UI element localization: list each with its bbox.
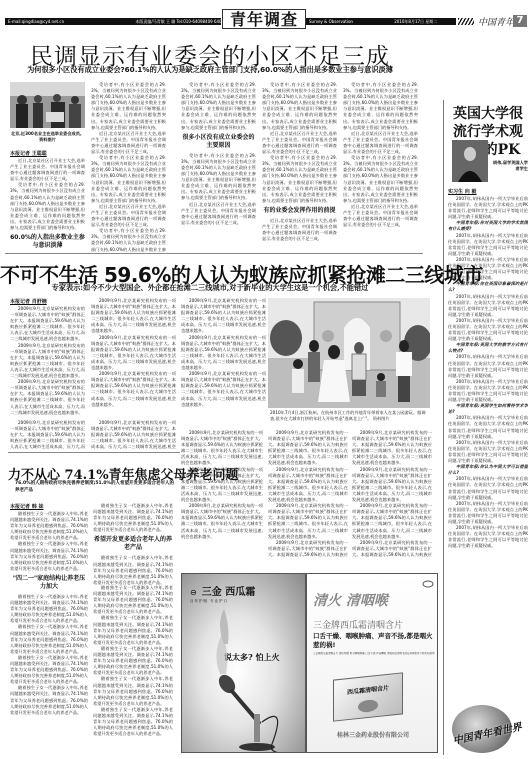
story3-body-text: 随着独生子女一代逐渐步入中年,养老问题越来越受到关注。调查显示,74.1%的青年… [93, 585, 173, 615]
story1-body-text: 近日,北京某社区召开业主大会,选举产生了业主委员会。中国青年报社会调查中心通过题… [343, 204, 418, 228]
sidebar-divider [443, 100, 444, 755]
sidebar-body-text: 2007年,胡伟从国内一所大学毕业后前往英国留学。在英国大学,学术观点上的PK非… [448, 476, 528, 500]
story1-body-text: 受访者中,有小区业委会的占29.3%。当被问到为何很多小区没有成立业委会时,60… [262, 155, 337, 204]
product-box-label: 西瓜霜清咽含片 [334, 681, 402, 697]
microphone-icon [202, 604, 292, 753]
story1-photo-caption: 北京,近300名业主在选举业委会成员。 资料图片 [10, 131, 85, 143]
story2-photo [268, 298, 430, 408]
story2-photo-caption: 2010年7月4日,浙江杭州。在杭州市区工作的外地青年带着家人在某公园游玩。据调… [270, 410, 430, 422]
story2-column-7: 2009年9月,北京某研究机构发布的一项调查显示,大城市中的"蚁族"群体正在扩大… [91, 420, 176, 450]
story1-subhead-1: 60.0%的人指出多数业主参与意识淡薄 [10, 234, 85, 250]
brand-logo-icon: ⊖ [190, 588, 197, 597]
sidebar-column: 实习生 向 毅 2007年,胡伟从国内一所大学毕业后前往英国留学。在英国大学,学… [448, 188, 528, 663]
story1-column-3: 受访者中,有小区业委会的占29.3%。当被问到为何很多小区没有成立业委会时,60… [181, 82, 256, 252]
story1-column-4: 受访者中,有小区业委会的占29.3%。当被问到为何很多小区没有成立业委会时,60… [262, 82, 337, 252]
section-title-en: Survey & Observation [309, 19, 353, 24]
story1-body-text: 受访者中,有小区业委会的占29.3%。当被问到为何很多小区没有成立业委会时,60… [343, 82, 418, 131]
product-box-emblem-icon [358, 699, 378, 713]
story2-body-text: 2009年9月,北京某研究机构发布的一项调查显示,大城市中的"蚁族"群体正在扩大… [91, 335, 176, 372]
story3-body-text: 随着独生子女一代逐渐步入中年,养老问题越来越受到关注。调查显示,74.1%的青年… [93, 707, 173, 737]
ad-xiguashuang[interactable]: ⊖ 三金 西瓜霜 百年护咽 专业护口 说太多? 怕上火 [181, 573, 306, 753]
story3-body-text: 随着独生子女一代逐渐步入中年,养老问题越来越受到关注。调查显示,74.1%的青年… [93, 615, 173, 645]
story1-body-text: 受访者中,有小区业委会的占29.3%。当被问到为何很多小区没有成立业委会时,60… [343, 155, 418, 204]
story2-body-text: 2009年9月,北京某研究机构发布的一项调查显示,大城市中的"蚁族"群体正在扩大… [268, 540, 348, 558]
masthead-left-bar: E-mail:qingdiao@cyd.net.cn 本版责编/马青敏 王 璐 … [5, 18, 221, 25]
story3-body-text: 随着独生子女一代逐渐步入中年,养老问题越来越受到关注。调查显示,74.1%的青年… [93, 503, 173, 533]
ad-brand-block: ⊖ 三金 西瓜霜 百年护咽 专业护口 [190, 580, 255, 604]
family-arch-photo-icon [268, 298, 430, 408]
sidebar-question: 中国青年报:你对英国大学的学术氛围有什么感受? [448, 220, 528, 232]
product-box: 西瓜霜清咽含片 [333, 672, 403, 721]
story3-body-text: 随着独生子女一代逐渐步入中年,养老问题越来越受到关注。调查显示,74.1%的青年… [10, 685, 88, 715]
email-text: E-mail:qingdiao@cyd.net.cn [8, 19, 64, 24]
sidebar-question: 中国青年报:英国学生如何看待学术争论? [448, 403, 528, 415]
story3-column-3: 随着独生子女一代逐渐步入中年,养老问题越来越受到关注。调查显示,74.1%的青年… [93, 585, 173, 755]
ad-qingyan-title: 清火 清咽喉 [313, 590, 388, 610]
sidebar-question: 中国青年报:英国大学的教学方式有什么特点? [448, 342, 528, 354]
story3-divider [8, 452, 180, 453]
ad-corner-logo-icon [422, 580, 434, 588]
story1-body-text: 受访者中,有小区业委会的占29.3%。当被问到为何很多小区没有成立业委会时,60… [91, 228, 166, 252]
ad-product-line: 三金牌西瓜霜清咽含片 [313, 618, 403, 631]
story2-body-text: 2009年9月,北京某研究机构发布的一项调查显示,大城市中的"蚁族"群体正在扩大… [91, 371, 176, 408]
sidebar-body-text: 2007年,胡伟从国内一所大学毕业后前往英国留学。在英国大学,学术观点上的PK非… [448, 379, 528, 403]
story2-body-text: 2009年9月,北京某研究机构发布的一项调查显示,大城市中的"蚁族"群体正在扩大… [352, 430, 432, 467]
story2-body-text: 2009年9月,北京某研究机构发布的一项调查显示,大城市中的"蚁族"群体正在扩大… [268, 467, 348, 504]
story3-body-text: 随着独生子女一代逐渐步入中年,养老问题越来越受到关注。调查显示,74.1%的青年… [10, 624, 88, 654]
story2-body-text: 2009年9月,北京某研究机构发布的一项调查显示,大城市中的"蚁族"群体正在扩大… [181, 298, 266, 335]
story2-column-8: 2009年9月,北京某研究机构发布的一项调查显示,大城市中的"蚁族"群体正在扩大… [10, 420, 85, 450]
story2-column-2: 2009年9月,北京某研究机构发布的一项调查显示,大城市中的"蚁族"群体正在扩大… [91, 298, 176, 416]
story3-body-text: 随着独生子女一代逐渐步入中年,养老问题越来越受到关注。调查显示,74.1%的青年… [10, 541, 88, 571]
story2-column-6: 2009年9月,北京某研究机构发布的一项调查显示,大城市中的"蚁族"群体正在扩大… [181, 430, 263, 558]
story2-body-text: 2009年9月,北京某研究机构发布的一项调查显示,大城市中的"蚁族"群体正在扩大… [181, 371, 266, 408]
sidebar-body-text: 2007年,胡伟从国内一所大学毕业后前往英国留学。在英国大学,学术观点上的PK非… [448, 440, 528, 464]
masthead: E-mail:qingdiao@cyd.net.cn 本版责编/马青敏 王 璐 … [0, 15, 530, 26]
story1-intro: 近日,北京某社区召开业主大会,选举产生了业主委员会。中国青年报社会调查中心通过题… [10, 158, 85, 182]
story2-body-text: 2009年9月,北京某研究机构发布的一项调查显示,大城市中的"蚁族"群体正在扩大… [181, 335, 266, 372]
sidebar-byline: 实习生 向 毅 [448, 188, 528, 196]
story2-column-1: 本报记者 肖舒楠 2009年9月,北京某研究机构发布的一项调查显示,大城市中的"… [10, 298, 85, 416]
story1-photo [10, 82, 85, 128]
story1-body-text: 受访者中,有小区业委会的占29.3%。当被问到为何很多小区没有成立业委会时,60… [91, 82, 166, 131]
sidebar-body-text: 2007年,胡伟从国内一所大学毕业后前往英国留学。在英国大学,学术观点上的PK非… [448, 501, 528, 525]
story3-body-text: 随着独生子女一代逐渐步入中年,养老问题越来越受到关注。调查显示,74.1%的青年… [10, 594, 88, 624]
sidebar-body-text: 2007年,胡伟从国内一所大学毕业后前往英国留学。在英国大学,学术观点上的PK非… [448, 525, 528, 549]
story1-body-text: 受访者中,有小区业委会的占29.3%。当被问到为何很多小区没有成立业委会时,60… [10, 182, 85, 231]
story2-body-text: 2009年9月,北京某研究机构发布的一项调查显示,大城市中的"蚁族"群体正在扩大… [10, 343, 85, 380]
story1-column-5: 受访者中,有小区业委会的占29.3%。当被问到为何很多小区没有成立业委会时,60… [343, 82, 418, 252]
page-number: 7 [513, 15, 527, 27]
story1-body-text: 近日,北京某社区召开业主大会,选举产生了业主委员会。中国青年报社会调查中心通过题… [343, 131, 418, 155]
story2-subheadline: 专家表示:如今不少大型国企、外企都在抢滩二三线城市,对于新毕业的大学生这是一个机… [0, 283, 420, 293]
story2-body-text: 2009年9月,北京某研究机构发布的一项调查显示,大城市中的"蚁族"群体正在扩大… [10, 420, 85, 450]
story1-body-text: 近日,北京某社区召开业主大会,选举产生了业主委员会。中国青年报社会调查中心通过题… [91, 204, 166, 228]
story3-column-1: 本报记者 韩 妹 随着独生子女一代逐渐步入中年,养老问题越来越受到关注。调查显示… [10, 503, 88, 755]
story3-body-text: 随着独生子女一代逐渐步入中年,养老问题越来越受到关注。调查显示,74.1%的青年… [93, 646, 173, 676]
story3-subhead-2: 希望开发更多适合老年人的养老产品 [93, 536, 173, 552]
story3-subheadline: 76.0%的人期待政府尽快完善养老制度;51.0%的人希望开发更多适合老年人的养… [15, 481, 175, 494]
story2-body-text: 2009年9月,北京某研究机构发布的一项调查显示,大城市中的"蚁族"群体正在扩大… [352, 503, 432, 540]
section-divider [5, 253, 423, 254]
story1-subhead-2: 很多小区没有成立业委会的主要原因 [181, 134, 256, 150]
ad-fine-print: 三金牌西瓜霜清咽含片 清热利咽 用于咽喉肿痛 口舌干燥 声音嘶哑 请按药品说明书… [313, 652, 435, 656]
masthead-right-bar: Survey & Observation 2010年8月17日 星期二 [306, 18, 456, 25]
story1-body-text: 近日,北京某社区召开业主大会,选举产生了业主委员会。中国青年报社会调查中心通过题… [181, 202, 256, 226]
story1-body-text: 受访者中,有小区业委会的占29.3%。当被问到为何很多小区没有成立业委会时,60… [181, 153, 256, 202]
story3-subhead-1: "四二一"家庭结构让养老压力加大 [10, 575, 88, 591]
story3-column-2: 随着独生子女一代逐渐步入中年,养老问题越来越受到关注。调查显示,74.1%的青年… [93, 503, 173, 585]
sidebar-body-text: 2007年,胡伟从国内一所大学毕业后前往英国留学。在英国大学,学术观点上的PK非… [448, 415, 528, 439]
story2-body-text: 2009年9月,北京某研究机构发布的一项调查显示,大城市中的"蚁族"群体正在扩大… [181, 430, 263, 467]
ad-bullet: 口舌干燥、咽喉肿痛、声音不扬,都是咽火惹的祸! [313, 632, 437, 650]
sidebar-body-text: 2007年,胡伟从国内一所大学毕业后前往英国留学。在英国大学,学术观点上的PK非… [448, 294, 528, 318]
story2-body-text: 2009年9月,北京某研究机构发布的一项调查显示,大城市中的"蚁族"群体正在扩大… [10, 306, 85, 343]
ad-brand: 三金 西瓜霜 [202, 587, 255, 598]
issue-date: 2010年8月17日 星期二 [394, 19, 437, 24]
story2-body-text: 2009年9月,北京某研究机构发布的一项调查显示,大城市中的"蚁族"群体正在扩大… [91, 420, 176, 450]
story1-body-text: 受访者中,有小区业委会的占29.3%。当被问到为何很多小区没有成立业委会时,60… [91, 155, 166, 204]
story1-byline: 本报记者 王聪聪 [10, 150, 85, 158]
story3-byline: 本报记者 韩 妹 [10, 503, 88, 511]
story1-body-text: 近日,北京某社区召开业主大会,选举产生了业主委员会。中国青年报社会调查中心通过题… [262, 218, 337, 242]
sidebar-body-text: 2007年,胡伟从国内一所大学毕业后前往英国留学。在英国大学,学术观点上的PK非… [448, 196, 528, 220]
story2-body-text: 2009年9月,北京某研究机构发布的一项调查显示,大城市中的"蚁族"群体正在扩大… [268, 503, 348, 540]
story1-body-text: 受访者中,有小区业委会的占29.3%。当被问到为何很多小区没有成立业委会时,60… [181, 82, 256, 131]
ad-company: 桂林三金药业股份有限公司 [307, 730, 438, 739]
story1-subheadline: 为何很多小区没有成立业委会?60.1%的人认为是缺乏政府主管部门支持,60.0%… [0, 65, 420, 75]
hatch-decoration [458, 18, 474, 25]
story2-body-text: 2009年9月,北京某研究机构发布的一项调查显示,大城市中的"蚁族"群体正在扩大… [352, 540, 432, 558]
story2-body-text: 2009年9月,北京某研究机构发布的一项调查显示,大城市中的"蚁族"群体正在扩大… [91, 298, 176, 335]
story2-body-text: 2009年9月,北京某研究机构发布的一项调查显示,大城市中的"蚁族"群体正在扩大… [352, 467, 432, 504]
story3-body-text: 随着独生子女一代逐渐步入中年,养老问题越来越受到关注。调查显示,74.1%的青年… [93, 555, 173, 585]
story3-body-text: 随着独生子女一代逐渐步入中年,养老问题越来越受到关注。调查显示,74.1%的青年… [93, 676, 173, 706]
story2-body-text: 2009年9月,北京某研究机构发布的一项调查显示,大城市中的"蚁族"群体正在扩大… [10, 379, 85, 416]
story2-column-5: 2009年9月,北京某研究机构发布的一项调查显示,大城市中的"蚁族"群体正在扩大… [352, 430, 432, 558]
sidebar-question: 中国青年报:你认为中国大学可以借鉴什么? [448, 464, 528, 476]
story2-body-text: 2009年9月,北京某研究机构发布的一项调查显示,大城市中的"蚁族"群体正在扩大… [181, 503, 263, 540]
story1-body-text: 受访者中,有小区业委会的占29.3%。当被问到为何很多小区没有成立业委会时,60… [262, 82, 337, 131]
section-title: 青年调查 [222, 9, 306, 29]
story1-column-2: 受访者中,有小区业委会的占29.3%。当被问到为何很多小区没有成立业委会时,60… [91, 82, 166, 252]
portrait-photo-icon [452, 140, 488, 182]
ad-qingyan[interactable]: 清火 清咽喉 三金牌西瓜霜清咽含片 口舌干燥、咽喉肿痛、声音不扬,都是咽火惹的祸… [306, 573, 438, 753]
editor-info: 本版责编/马青敏 王 璐 Tel:010-64098409 64098079 [135, 19, 221, 24]
sidebar-photo [452, 140, 488, 182]
story2-column-3: 2009年9月,北京某研究机构发布的一项调查显示,大城市中的"蚁族"群体正在扩大… [181, 298, 266, 416]
story3-body-text: 随着独生子女一代逐渐步入中年,养老问题越来越受到关注。调查显示,74.1%的青年… [10, 655, 88, 685]
sidebar-body-text: 2007年,胡伟从国内一所大学毕业后前往英国留学。在英国大学,学术观点上的PK非… [448, 318, 528, 342]
sidebar-body-text: 2007年,胡伟从国内一所大学毕业后前往英国留学。在英国大学,学术观点上的PK非… [448, 233, 528, 257]
story2-byline: 本报记者 肖舒楠 [10, 298, 85, 306]
story1-body-text: 近日,北京某社区召开业主大会,选举产生了业主委员会。中国青年报社会调查中心通过题… [262, 131, 337, 155]
story1-column-1: 本报记者 王聪聪 近日,北京某社区召开业主大会,选举产生了业主委员会。中国青年报… [10, 150, 85, 252]
people-photo-icon [10, 82, 85, 128]
story1-body-text: 近日,北京某社区召开业主大会,选举产生了业主委员会。中国青年报社会调查中心通过题… [91, 131, 166, 155]
story1-subhead-3: 有的业委会发挥作用的前提 [262, 207, 337, 215]
story3-body-text: 随着独生子女一代逐渐步入中年,养老问题越来越受到关注。调查显示,74.1%的青年… [10, 511, 88, 541]
sidebar-body-text: 2007年,胡伟从国内一所大学毕业后前往英国留学。在英国大学,学术观点上的PK非… [448, 354, 528, 378]
sidebar-photo-caption: 胡伟,留学英国人学者学生 [492, 160, 528, 172]
story2-column-4: 2009年9月,北京某研究机构发布的一项调查显示,大城市中的"蚁族"群体正在扩大… [268, 430, 348, 558]
story2-body-text: 2009年9月,北京某研究机构发布的一项调查显示,大城市中的"蚁族"群体正在扩大… [268, 430, 348, 467]
